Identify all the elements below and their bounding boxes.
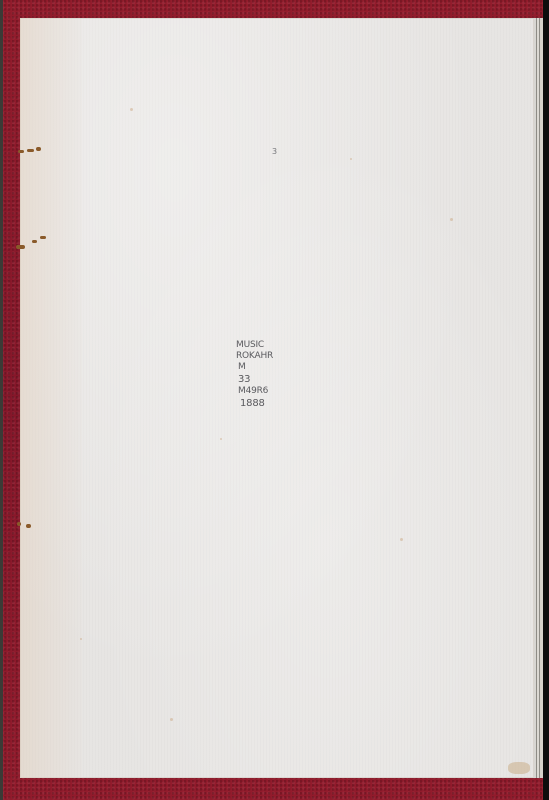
foxing-spot [170, 718, 173, 721]
wormhole-damage [27, 149, 34, 152]
endpaper [20, 18, 534, 778]
call-number-line: M49R6 [236, 386, 273, 397]
wormhole-damage [36, 147, 41, 151]
call-number-line: 33 [236, 373, 273, 386]
wormhole-damage [18, 150, 24, 153]
wormhole-damage [40, 236, 46, 239]
foxing-spot [350, 158, 352, 160]
call-number-line: ROKAHR [236, 351, 273, 362]
pencil-mark: 3 [272, 147, 277, 156]
scan-background-edge [543, 0, 549, 800]
foxing-spot [450, 218, 453, 221]
foxing-spot [130, 108, 133, 111]
foxing-spot [400, 538, 403, 541]
cover-outer-edge [0, 0, 3, 800]
foxing-spot [220, 438, 222, 440]
page-fore-edge [534, 18, 543, 778]
endpaper-gutter-discoloration [20, 18, 82, 778]
call-number-line: 1888 [236, 397, 273, 411]
wormhole-damage [26, 524, 31, 528]
foxing-spot [80, 638, 82, 640]
wormhole-damage [16, 245, 25, 249]
water-stain [508, 762, 530, 774]
handwritten-call-number: MUSIC ROKAHR M 33 M49R6 1888 [236, 340, 273, 411]
wormhole-damage [17, 522, 21, 526]
wormhole-damage [32, 240, 37, 243]
call-number-line: MUSIC [236, 340, 273, 351]
call-number-line: M [236, 362, 273, 373]
